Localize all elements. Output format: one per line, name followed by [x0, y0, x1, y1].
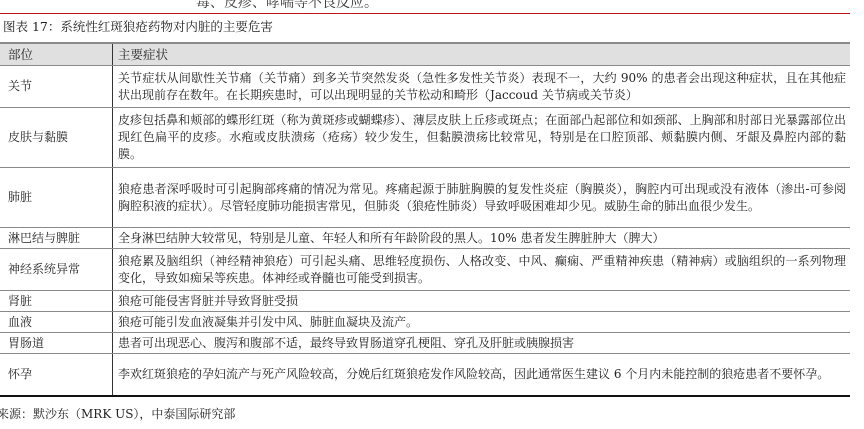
row-site: 皮肤与黏膜: [0, 108, 113, 168]
row-symptoms: 关节症状从间歇性关节痛（关节痛）到多关节突然发炎（急性多发性关节炎）表现不一，大…: [113, 66, 851, 108]
organ-hazards-table: 部位 主要症状 关节 关节症状从间歇性关节痛（关节痛）到多关节突然发炎（急性多发…: [0, 42, 850, 397]
table-row: 肾脏 狼疮可能侵害肾脏并导致肾脏受损: [0, 291, 850, 312]
section-divider-red: [0, 13, 850, 14]
row-symptoms: 李欢红斑狼疮的孕妇流产与死产风险较高，分娩后红斑狼疮发作风险较高，因此通常医生建…: [113, 354, 851, 396]
table-row: 神经系统异常 狼疮累及脑组织（神经精神狼疮）可引起头痛、思维轻度损伤、人格改变、…: [0, 249, 850, 291]
row-site: 神经系统异常: [0, 249, 113, 291]
source-note: 来源：默沙东（MRK US），中泰国际研究部: [0, 405, 235, 422]
column-header-site: 部位: [0, 43, 113, 66]
table-row: 皮肤与黏膜 皮疹包括鼻和颊部的蝶形红斑（称为黄斑疹或蝴蝶疹）、薄层皮肤上丘疹或斑…: [0, 108, 850, 168]
row-site: 肾脏: [0, 291, 113, 312]
row-symptoms: 全身淋巴结肿大较常见，特别是儿童、年轻人和所有年龄阶段的黑人。10% 患者发生脾…: [113, 228, 851, 249]
row-symptoms: 狼疮可能引发血液凝集并引发中风、肺脏血凝块及流产。: [113, 312, 851, 333]
figure-title: 系统性红斑狼疮药物对内脏的主要危害: [60, 19, 273, 34]
row-symptoms: 狼疮可能侵害肾脏并导致肾脏受损: [113, 291, 851, 312]
row-symptoms: 皮疹包括鼻和颊部的蝶形红斑（称为黄斑疹或蝴蝶疹）、薄层皮肤上丘疹或斑点；在面部凸…: [113, 108, 851, 168]
column-header-symptoms: 主要症状: [113, 43, 851, 66]
table-row: 血液 狼疮可能引发血液凝集并引发中风、肺脏血凝块及流产。: [0, 312, 850, 333]
figure-caption: 图表 17：系统性红斑狼疮药物对内脏的主要危害: [3, 17, 273, 35]
row-site: 淋巴结与脾脏: [0, 228, 113, 249]
row-symptoms: 狼疮累及脑组织（神经精神狼疮）可引起头痛、思维轻度损伤、人格改变、中风、癫痫、严…: [113, 249, 851, 291]
row-symptoms: 患者可出现恶心、腹泻和腹部不适，最终导致胃肠道穿孔梗阻、穿孔及肝脏或胰腺损害: [113, 333, 851, 354]
table-header-row: 部位 主要症状: [0, 43, 850, 66]
preceding-text-fragment: 毒、皮疹、哮喘等不良反应。: [196, 0, 378, 12]
row-symptoms: 狼疮患者深呼吸时可引起胸部疼痛的情况为常见。疼痛起源于肺脏胸膜的复发性炎症（胸膜…: [113, 168, 851, 228]
row-site: 关节: [0, 66, 113, 108]
row-site: 肺脏: [0, 168, 113, 228]
row-site: 怀孕: [0, 354, 113, 396]
table-row: 怀孕 李欢红斑狼疮的孕妇流产与死产风险较高，分娩后红斑狼疮发作风险较高，因此通常…: [0, 354, 850, 396]
row-site: 胃肠道: [0, 333, 113, 354]
table-row: 关节 关节症状从间歇性关节痛（关节痛）到多关节突然发炎（急性多发性关节炎）表现不…: [0, 66, 850, 108]
table-row: 肺脏 狼疮患者深呼吸时可引起胸部疼痛的情况为常见。疼痛起源于肺脏胸膜的复发性炎症…: [0, 168, 850, 228]
figure-label: 图表 17：: [3, 19, 60, 34]
table-row: 淋巴结与脾脏 全身淋巴结肿大较常见，特别是儿童、年轻人和所有年龄阶段的黑人。10…: [0, 228, 850, 249]
row-site: 血液: [0, 312, 113, 333]
table-row: 胃肠道 患者可出现恶心、腹泻和腹部不适，最终导致胃肠道穿孔梗阻、穿孔及肝脏或胰腺…: [0, 333, 850, 354]
